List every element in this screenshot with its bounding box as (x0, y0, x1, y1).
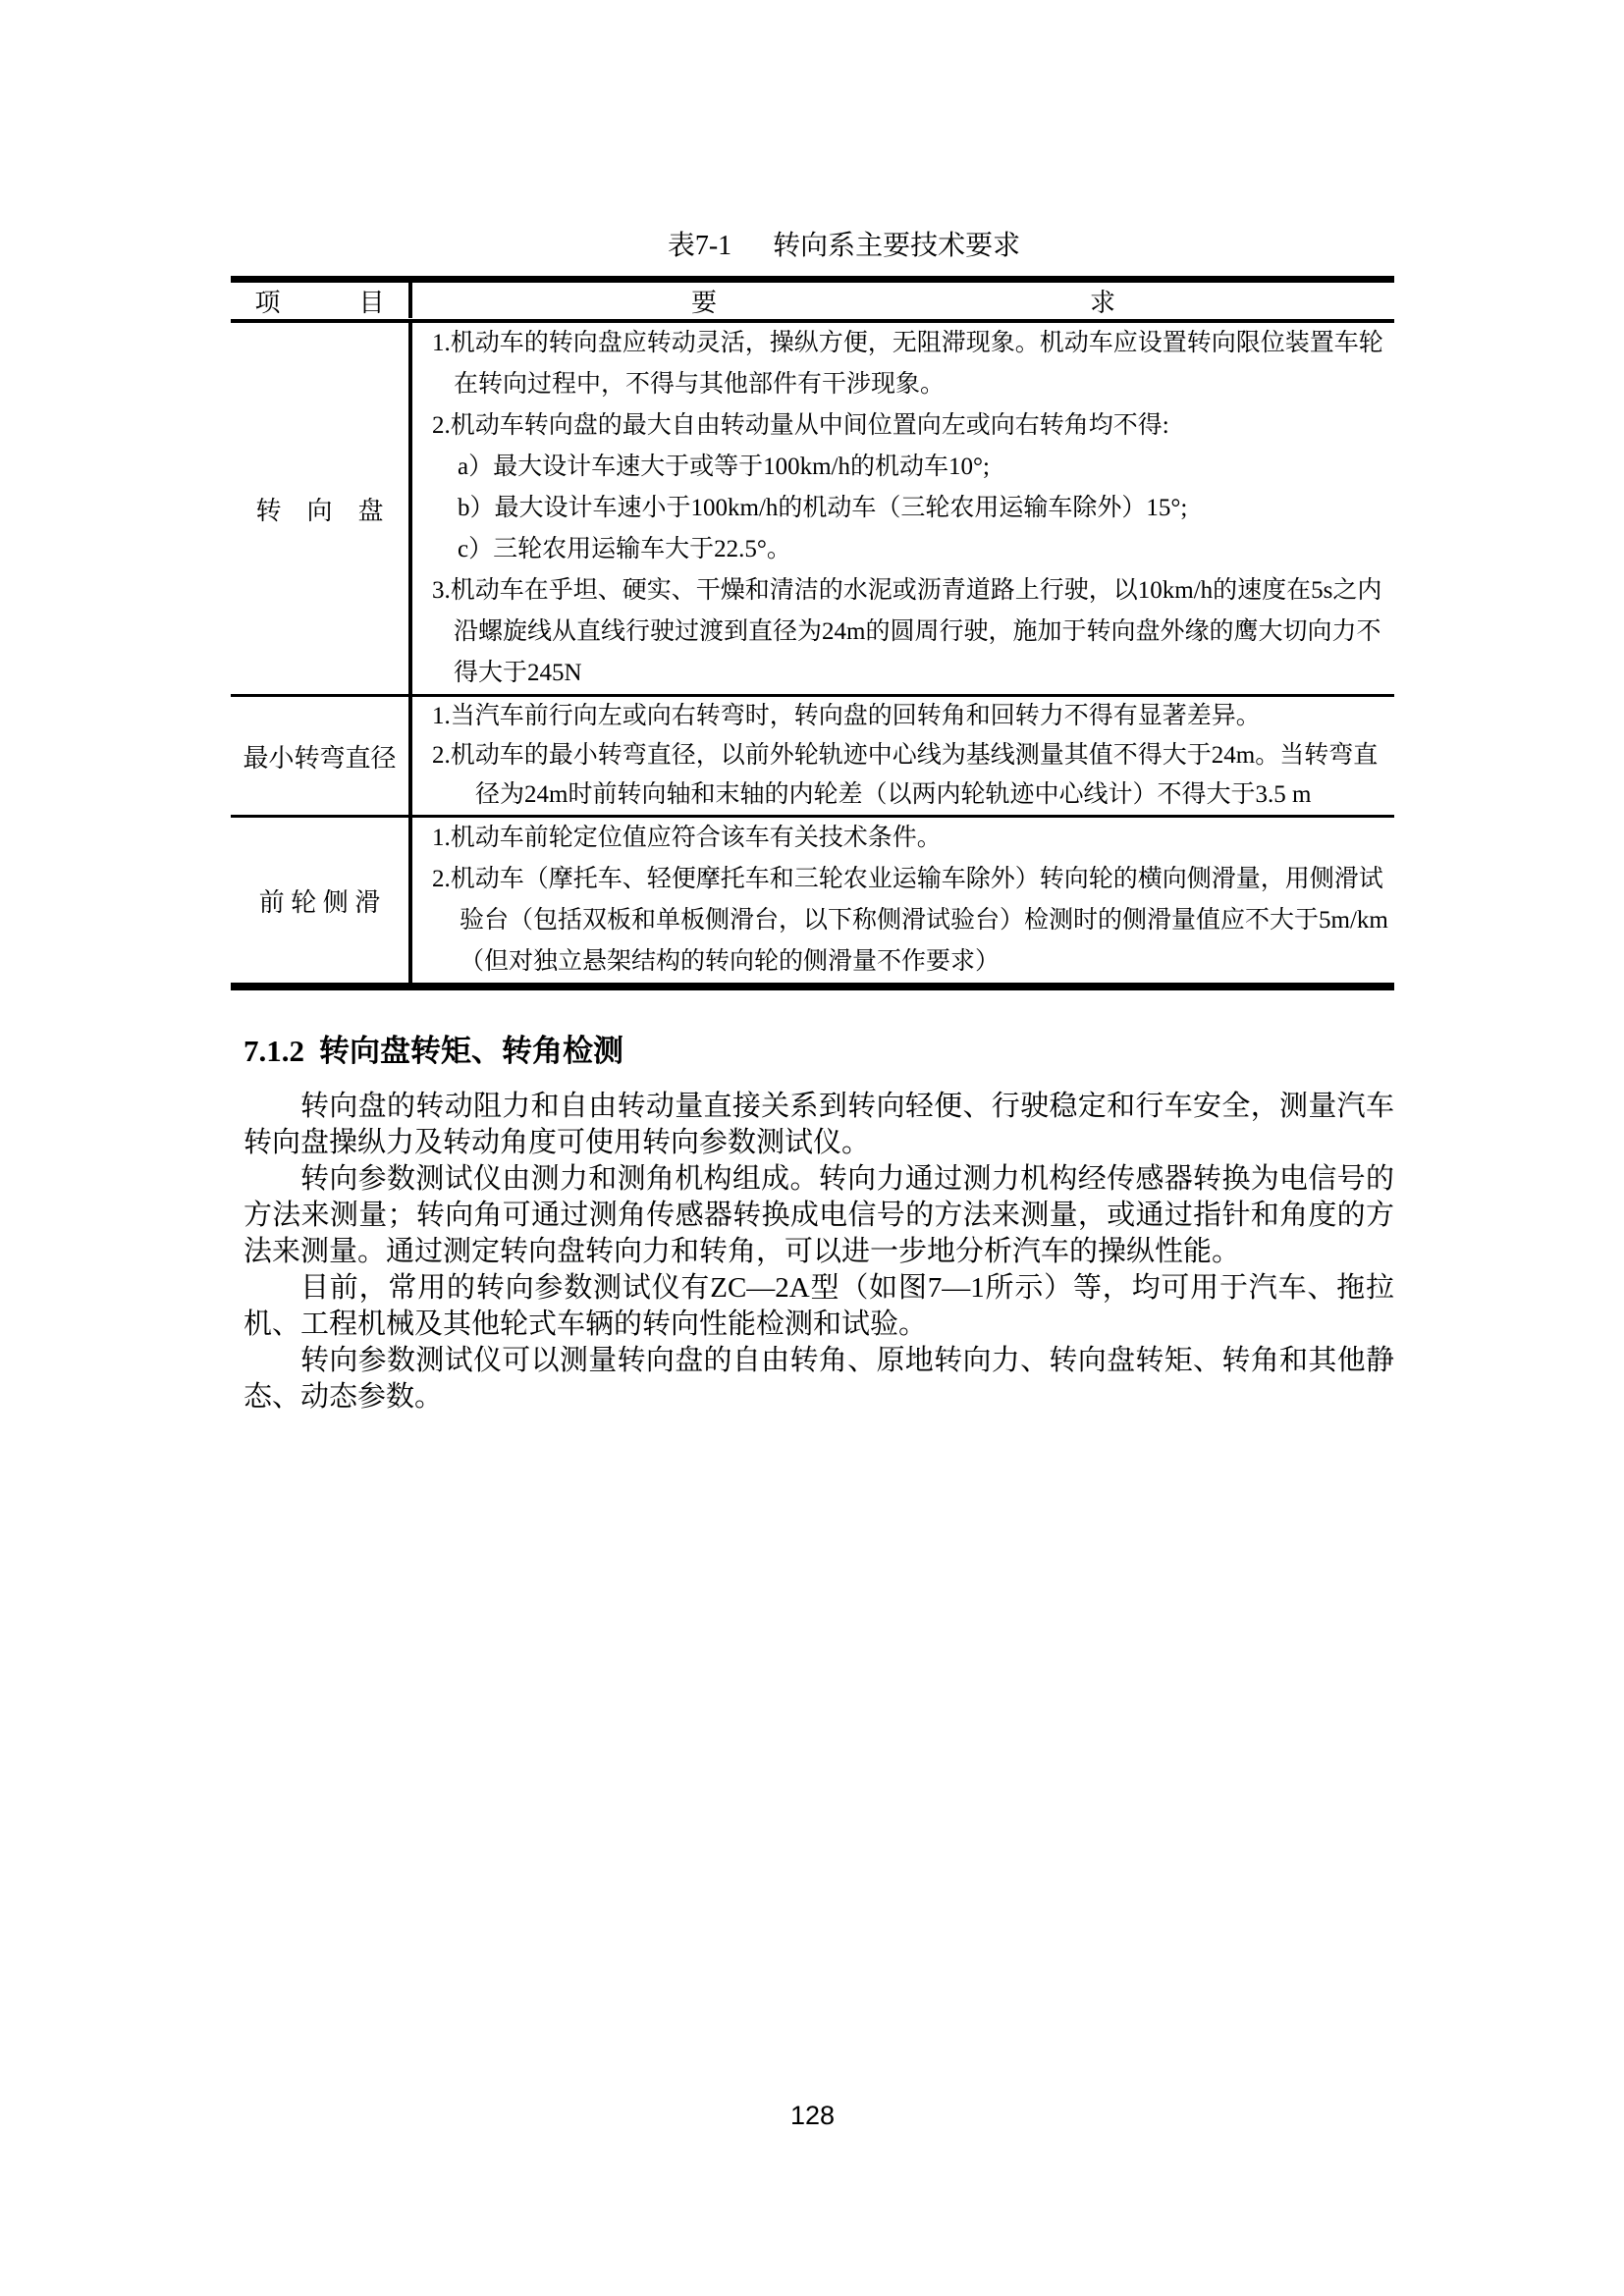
table-row-steering-wheel: 转 向 盘 1.机动车的转向盘应转动灵活，操纵方便，无阻滞现象。机动车应设置转向… (231, 323, 1394, 697)
requirement-line: 得大于245N (432, 653, 1386, 694)
requirement-line: b）最大设计车速小于100km/h的机动车（三轮农用运输车除外）15°; (432, 488, 1386, 529)
section-body: 转向盘的转动阻力和自由转动量直接关系到转向轻便、行驶稳定和行车安全，测量汽车转向… (244, 1089, 1394, 1415)
row-item-label: 前 轮 侧 滑 (259, 882, 381, 919)
requirement-line: 1.当汽车前行向左或向右转弯时，转向盘的回转角和回转力不得有显著差异。 (432, 697, 1386, 736)
requirement-line: 1.机动车前轮定位值应符合该车有关技术条件。 (432, 818, 1386, 859)
row-item-label: 转 向 盘 (255, 491, 383, 527)
document-page: 表7-1 转向系主要技术要求 项 目 要 求 转 向 盘 1.机动车的转向盘应转… (0, 0, 1624, 2296)
body-paragraph: 转向参数测试仪可以测量转向盘的自由转角、原地转向力、转向盘转矩、转角和其他静态、… (244, 1343, 1394, 1415)
requirement-line: a）最大设计车速大于或等于100km/h的机动车10°; (432, 447, 1386, 488)
table-row-front-wheel-sideslip: 前 轮 侧 滑 1.机动车前轮定位值应符合该车有关技术条件。 2.机动车（摩托车… (231, 818, 1394, 983)
requirement-line: 3.机动车在乎坦、硬实、干燥和清洁的水泥或沥青道路上行驶，以10km/h的速度在… (432, 570, 1386, 612)
requirement-line: 2.机动车（摩托车、轻便摩托车和三轮农业运输车除外）转向轮的横向侧滑量，用侧滑试 (432, 859, 1386, 900)
table-row-min-turning-diameter: 最小转弯直径 1.当汽车前行向左或向右转弯时，转向盘的回转角和回转力不得有显著差… (231, 697, 1394, 818)
requirement-line: 在转向过程中，不得与其他部件有干涉现象。 (432, 364, 1386, 405)
table-header-requirement: 要 求 (412, 283, 1394, 319)
page-number: 128 (231, 2101, 1394, 2131)
requirement-line: c）三轮农用运输车大于22.5°。 (432, 529, 1386, 570)
table-header-item: 项 目 (231, 283, 412, 318)
row-requirement-cell: 1.当汽车前行向左或向右转弯时，转向盘的回转角和回转力不得有显著差异。 2.机动… (412, 697, 1394, 815)
requirement-line: 2.机动车的最小转弯直径，以前外轮轨迹中心线为基线测量其值不得大于24m。当转弯… (432, 736, 1386, 775)
row-item-cell: 前 轮 侧 滑 (231, 818, 412, 983)
row-requirement-cell: 1.机动车前轮定位值应符合该车有关技术条件。 2.机动车（摩托车、轻便摩托车和三… (412, 818, 1394, 983)
table-header-row: 项 目 要 求 (231, 283, 1394, 323)
body-paragraph: 目前，常用的转向参数测试仪有ZC—2A型（如图7—1所示）等，均可用于汽车、拖拉… (244, 1270, 1394, 1343)
requirements-table: 项 目 要 求 转 向 盘 1.机动车的转向盘应转动灵活，操纵方便，无阻滞现象。… (231, 276, 1394, 990)
requirement-line: 沿螺旋线从直线行驶过渡到直径为24m的圆周行驶，施加于转向盘外缘的鹰大切向力不 (432, 612, 1386, 653)
table-caption-label: 表7-1 (668, 229, 731, 264)
row-item-cell: 最小转弯直径 (231, 697, 412, 815)
body-paragraph: 转向参数测试仪由测力和测角机构组成。转向力通过测力机构经传感器转换为电信号的方法… (244, 1161, 1394, 1270)
requirement-line: （但对独立悬架结构的转向轮的侧滑量不作要求） (432, 941, 1386, 983)
header-requirement-char: 求 (1090, 283, 1115, 319)
table-caption: 表7-1 转向系主要技术要求 (231, 229, 1394, 264)
header-requirement-char: 要 (691, 283, 717, 319)
table-caption-title: 转向系主要技术要求 (773, 229, 1020, 264)
row-item-cell: 转 向 盘 (231, 323, 412, 694)
row-item-label: 最小转弯直径 (243, 738, 396, 774)
header-item-char: 项 (254, 283, 280, 319)
section-heading: 7.1.2 转向盘转矩、转角检测 (244, 1032, 623, 1071)
section-title: 转向盘转矩、转角检测 (319, 1032, 623, 1071)
requirement-line: 验台（包括双板和单板侧滑台，以下称侧滑试验台）检测时的侧滑量值应不大于5m/km (432, 900, 1386, 941)
requirement-line: 1.机动车的转向盘应转动灵活，操纵方便，无阻滞现象。机动车应设置转向限位装置车轮 (432, 323, 1386, 364)
requirement-line: 2.机动车转向盘的最大自由转动量从中间位置向左或向右转角均不得: (432, 405, 1386, 447)
row-requirement-cell: 1.机动车的转向盘应转动灵活，操纵方便，无阻滞现象。机动车应设置转向限位装置车轮… (412, 323, 1394, 694)
header-item-char: 目 (359, 283, 385, 319)
body-paragraph: 转向盘的转动阻力和自由转动量直接关系到转向轻便、行驶稳定和行车安全，测量汽车转向… (244, 1089, 1394, 1161)
section-number: 7.1.2 (244, 1032, 304, 1071)
requirement-line: 径为24m时前转向轴和末轴的内轮差（以两内轮轨迹中心线计）不得大于3.5 m (432, 775, 1386, 815)
